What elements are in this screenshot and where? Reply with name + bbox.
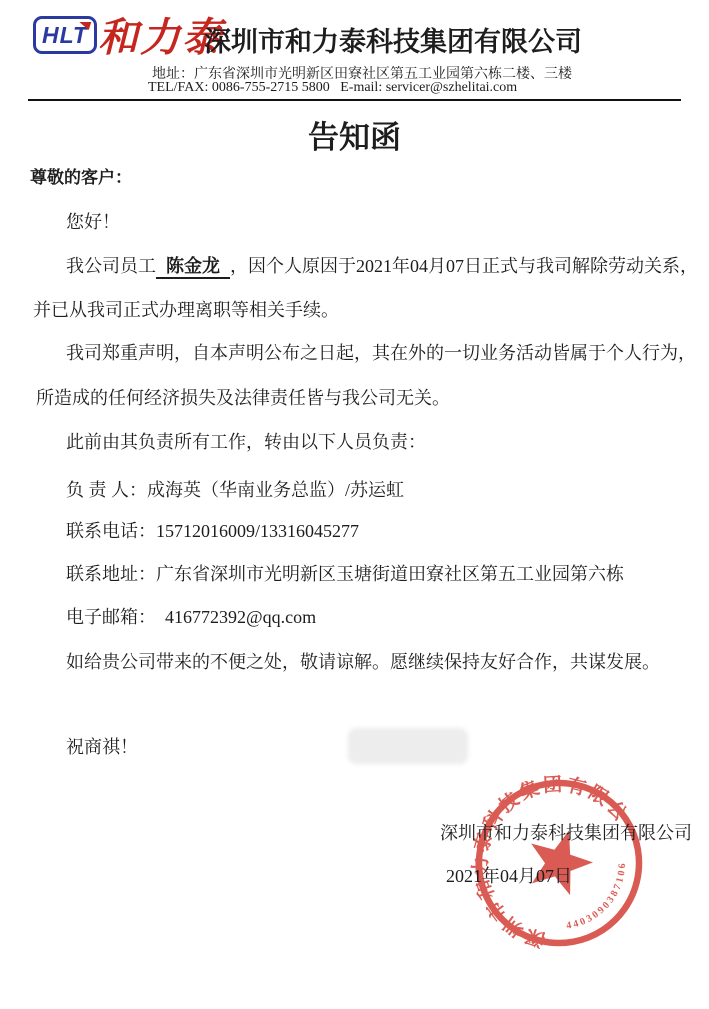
paragraph3-handover: 此前由其负责所有工作，转由以下人员负责： [66,428,426,454]
detail-contact-address: 联系地址：广东省深圳市光明新区玉塘街道田寮社区第五工业园第六栋 [66,560,624,586]
letter-title: 告知函 [0,112,709,157]
closing-apology-line: 如给贵公司带来的不便之处，敬请谅解。愿继续保持友好合作，共谋发展。 [66,648,660,674]
regards-line: 祝商祺！ [66,733,138,759]
paragraph2-line2: 所造成的任何经济损失及法律责任皆与我公司无关。 [36,384,450,410]
company-logo-hlt: HLT [33,16,97,54]
letterhead-contact-line: TEL/FAX: 0086-755-2715 5800 E-mail: serv… [148,80,517,96]
paragraph2-line1: 我司郑重声明，自本声明公布之日起，其在外的一切业务活动皆属于个人行为， [66,339,696,365]
greeting-line: 您好！ [66,208,120,234]
notification-letter-page: HLT 和力泰 深圳市和力泰科技集团有限公司 地址：广东省深圳市光明新区田寮社区… [0,0,709,1009]
company-red-seal: 深圳市和力泰科技集团有限公司 4403090387106 [452,754,634,936]
employee-name-underlined: 陈金龙 [156,256,230,279]
detail-email: 电子邮箱： 416772392@qq.com [66,603,316,629]
signature-company-name: 深圳市和力泰科技集团有限公司 [440,819,692,845]
detail-responsible-person: 负 责 人：成海英（华南业务总监）/苏运虹 [66,476,404,502]
paragraph1-line1: 我公司员工陈金龙，因个人原因于2021年04月07日正式与我司解除劳动关系， [66,252,698,278]
paragraph1-prefix: 我公司员工 [66,256,156,276]
paragraph1-line2: 并已从我司正式办理离职等相关手续。 [33,296,339,322]
paragraph1-suffix: ，因个人原因于2021年04月07日正式与我司解除劳动关系， [230,256,698,276]
salutation-line: 尊敬的客户： [30,163,132,188]
detail-contact-phone: 联系电话：15712016009/13316045277 [66,517,359,543]
letterhead-divider [28,99,681,101]
letterhead-company-name: 深圳市和力泰科技集团有限公司 [204,20,582,59]
scan-artifact [348,728,468,764]
signature-date: 2021年04月07日 [446,862,572,888]
